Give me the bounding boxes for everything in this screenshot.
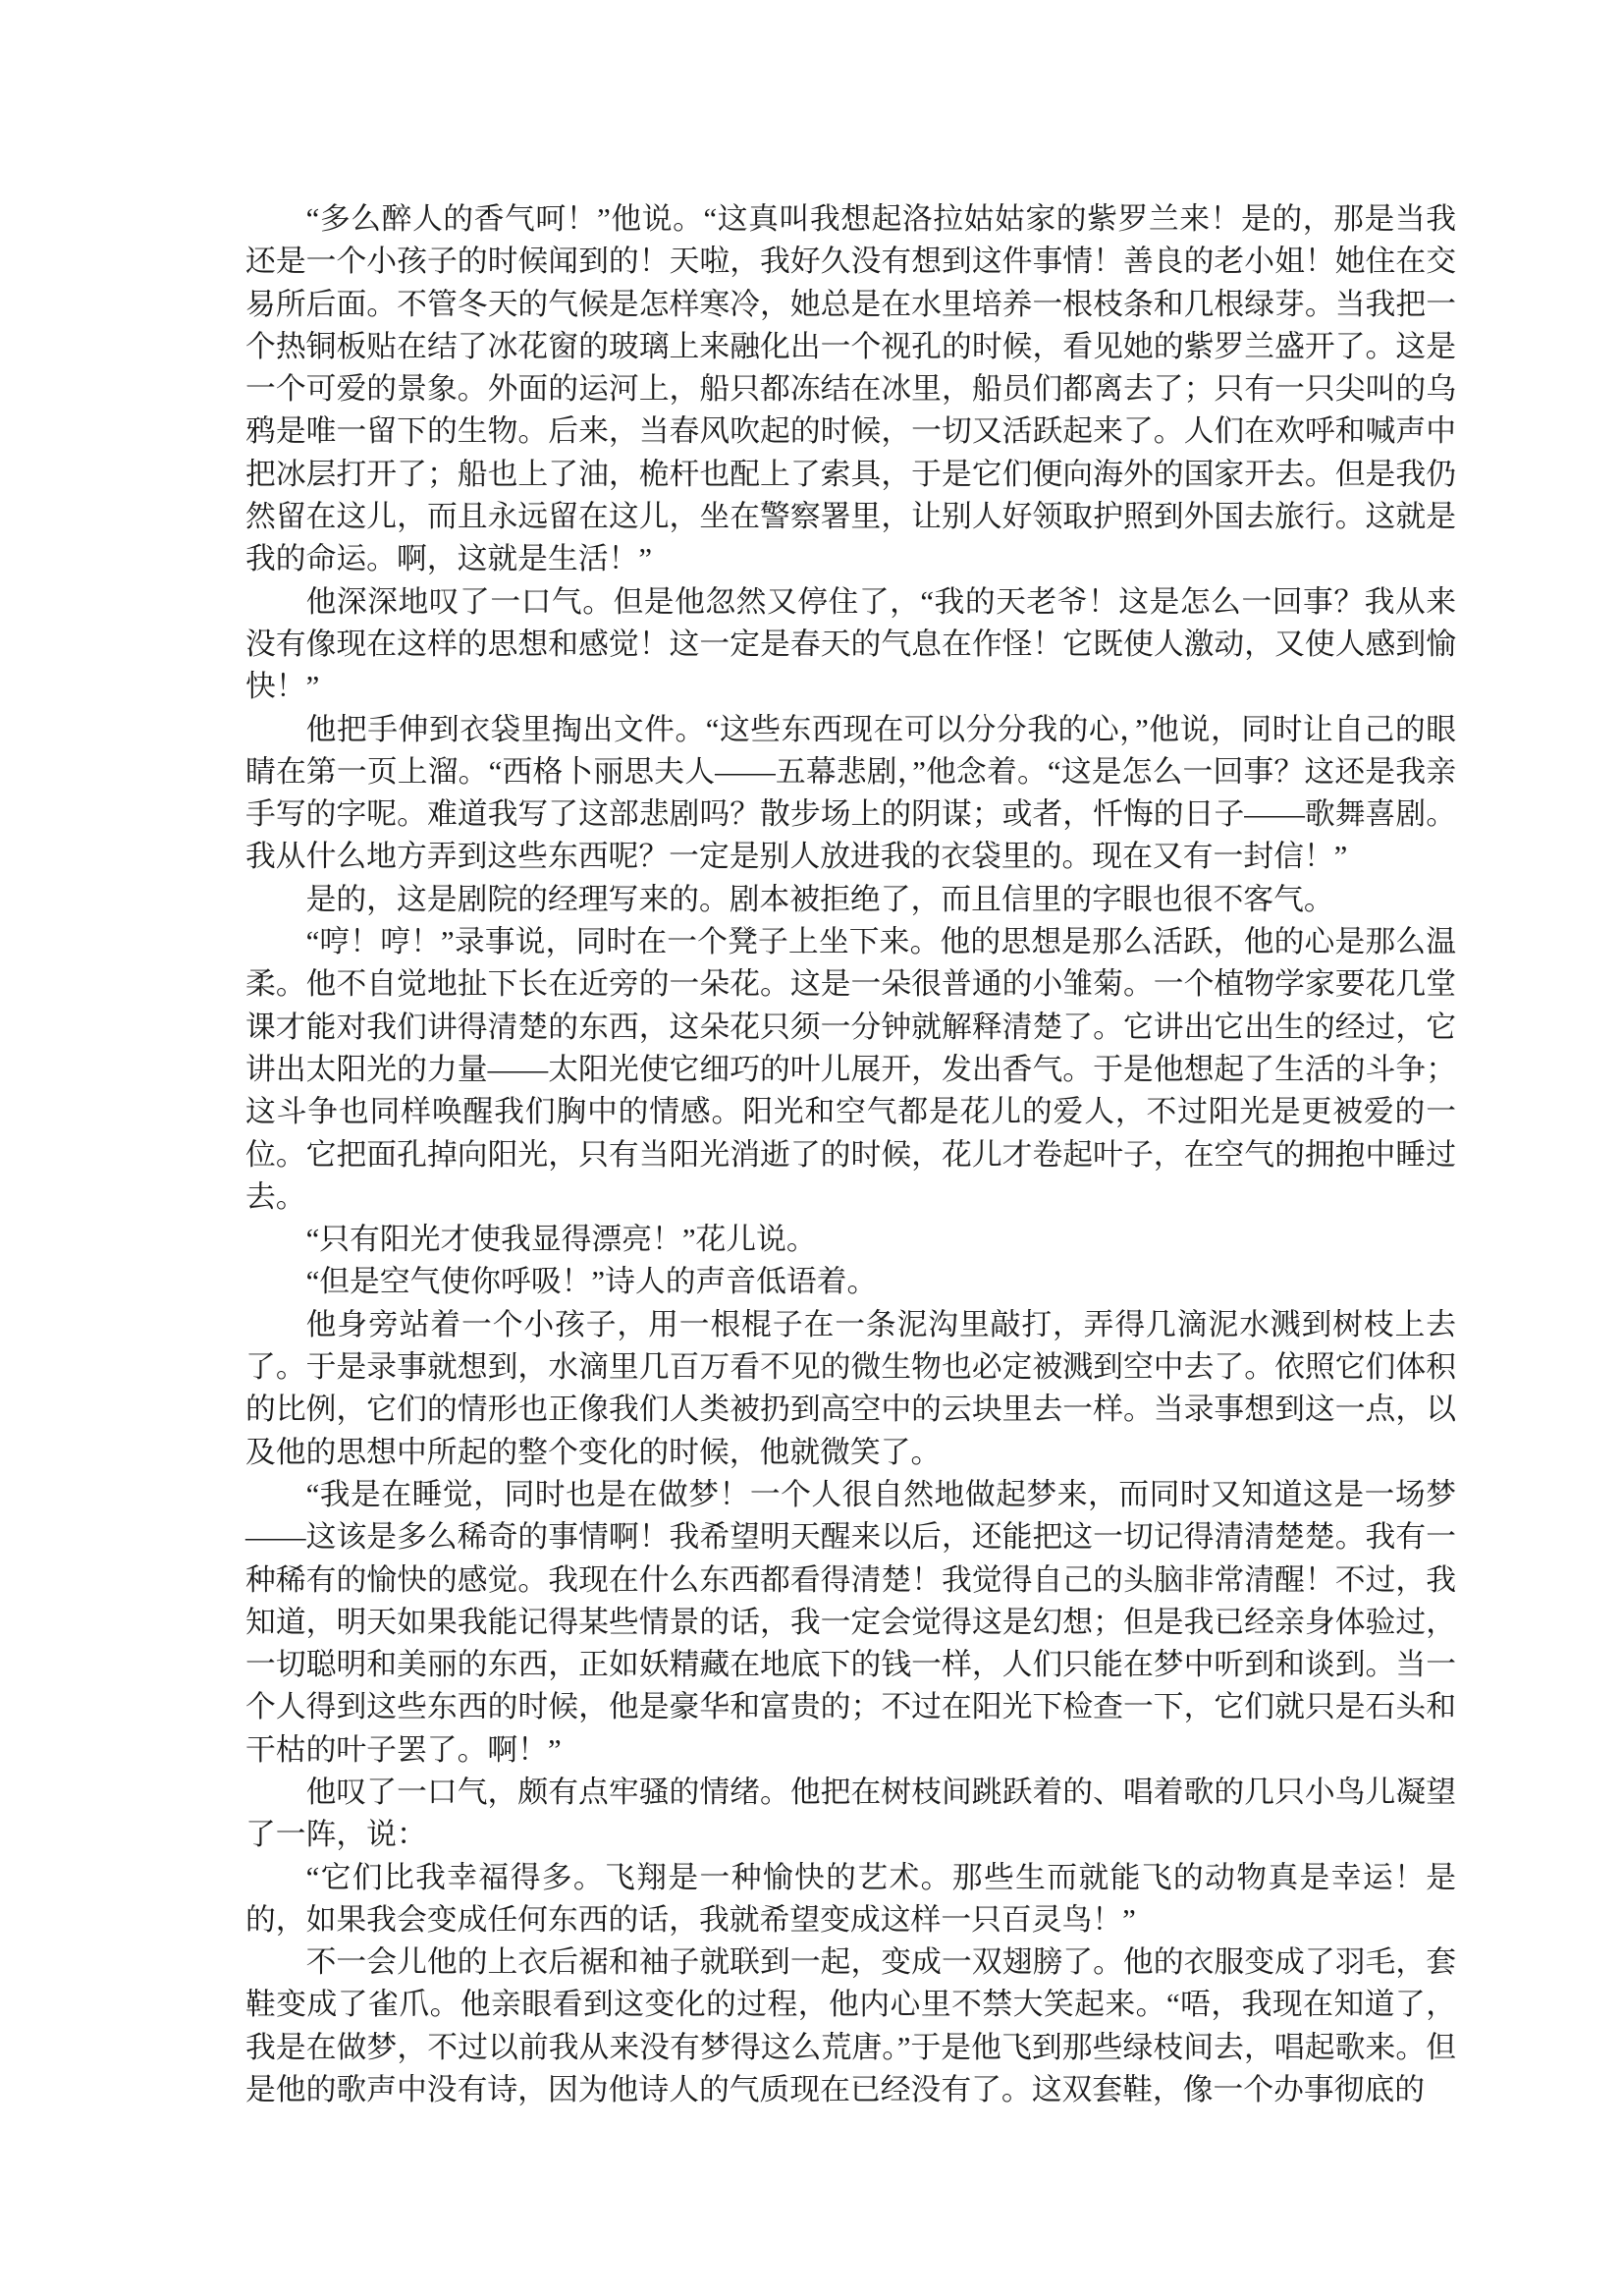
paragraph-9: “我是在睡觉，同时也是在做梦！一个人很自然地做起梦来，而同时又知道这是一场梦——…	[245, 1474, 1456, 1772]
paragraph-7: “但是空气使你呼吸！”诗人的声音低语着。	[245, 1261, 1456, 1303]
paragraph-12: 不一会儿他的上衣后裾和袖子就联到一起，变成一双翅膀了。他的衣服变成了羽毛，套鞋变…	[245, 1941, 1456, 2111]
paragraph-6: “只有阳光才使我显得漂亮！”花儿说。	[245, 1219, 1456, 1261]
book-page: “多么醉人的香气呵！”他说。“这真叫我想起洛拉姑姑家的紫罗兰来！是的，那是当我还…	[0, 0, 1623, 2296]
paragraph-3: 他把手伸到衣袋里掏出文件。“这些东西现在可以分分我的心，”他说，同时让自己的眼睛…	[245, 709, 1456, 879]
paragraph-8: 他身旁站着一个小孩子，用一根棍子在一条泥沟里敲打，弄得几滴泥水溅到树枝上去了。于…	[245, 1304, 1456, 1474]
paragraph-11: “它们比我幸福得多。飞翔是一种愉快的艺术。那些生而就能飞的动物真是幸运！是的，如…	[245, 1857, 1456, 1942]
paragraph-2: 他深深地叹了一口气。但是他忽然又停住了，“我的天老爷！这是怎么一回事？我从来没有…	[245, 581, 1456, 709]
paragraph-5: “哼！哼！”录事说，同时在一个凳子上坐下来。他的思想是那么活跃，他的心是那么温柔…	[245, 921, 1456, 1219]
paragraph-1: “多么醉人的香气呵！”他说。“这真叫我想起洛拉姑姑家的紫罗兰来！是的，那是当我还…	[245, 198, 1456, 581]
paragraph-4: 是的，这是剧院的经理写来的。剧本被拒绝了，而且信里的字眼也很不客气。	[245, 879, 1456, 921]
paragraph-10: 他叹了一口气，颇有点牢骚的情绪。他把在树枝间跳跃着的、唱着歌的几只小鸟儿凝望了一…	[245, 1772, 1456, 1857]
text-block: “多么醉人的香气呵！”他说。“这真叫我想起洛拉姑姑家的紫罗兰来！是的，那是当我还…	[245, 198, 1456, 2111]
